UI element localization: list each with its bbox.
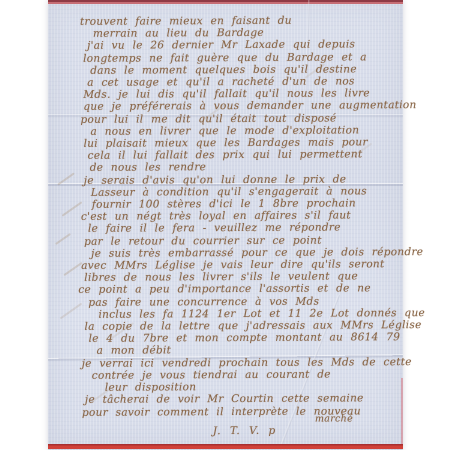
scanned-letter-image: trouvent faire mieux en faisant dumerrai… <box>0 0 450 450</box>
letter-line: je verrai ici vendredi prochain tous les… <box>82 356 397 370</box>
letter-line: J. T. V. p <box>92 424 397 438</box>
letter-line: le 4 du 7bre et mon compte montant au 86… <box>89 331 397 345</box>
ink-showthrough-mark <box>57 172 75 185</box>
letter-paper: trouvent faire mieux en faisant dumerrai… <box>48 0 403 450</box>
letter-line: cela il lui fallait des prix qui lui per… <box>88 148 396 162</box>
ink-showthrough-mark <box>55 233 71 245</box>
red-band-edge-bleed <box>401 378 403 444</box>
letter-line: que je préférerais à vous demander une a… <box>83 100 395 114</box>
letter-line: j'ai vu le 26 dernier Mr Laxade qui depu… <box>87 39 395 53</box>
letter-line: je tâcherai de voir Mr Courtin cette sem… <box>85 392 397 406</box>
ink-showthrough-mark <box>62 201 83 216</box>
letter-line: ce point a peu d'importance l'assortis e… <box>78 283 396 297</box>
letter-handwritten-text: trouvent faire mieux en faisant dumerrai… <box>83 14 397 438</box>
red-band-top <box>48 0 403 4</box>
ink-showthrough-mark <box>60 303 82 320</box>
red-band-bottom <box>48 444 403 449</box>
ink-showthrough-mark <box>63 262 82 276</box>
